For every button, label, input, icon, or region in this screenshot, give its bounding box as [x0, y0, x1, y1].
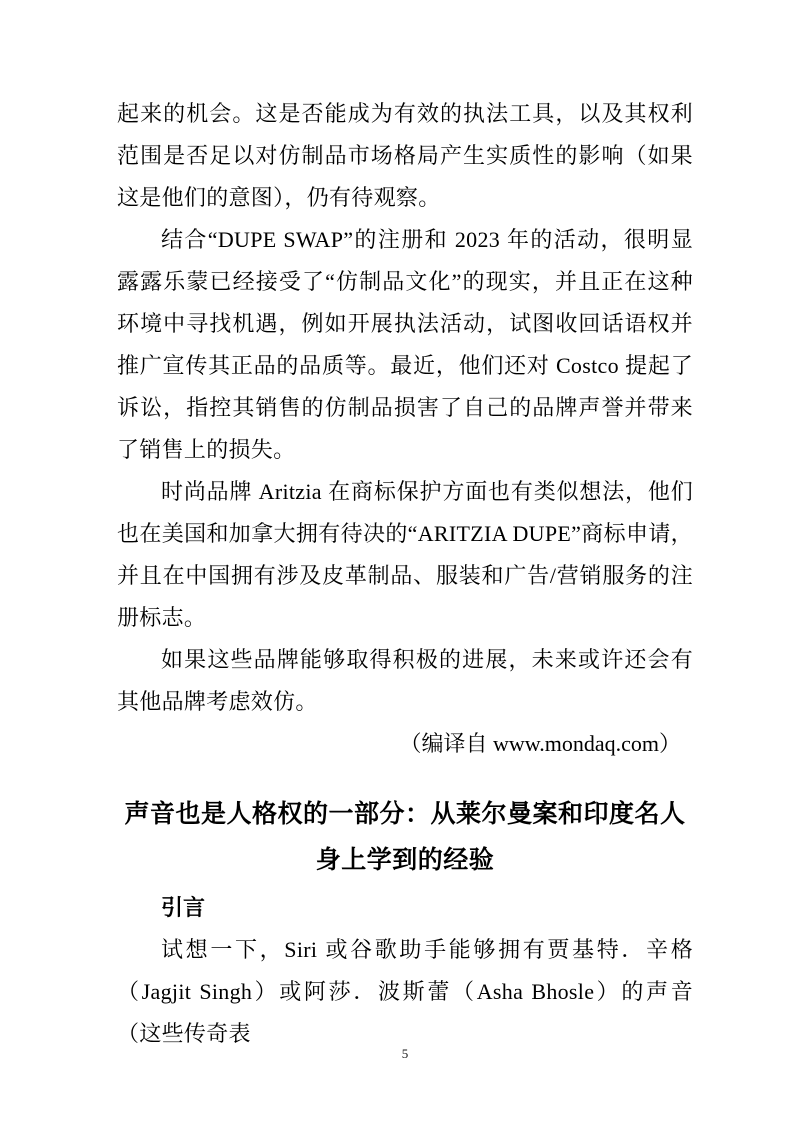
document-page: 起来的机会。这是否能成为有效的执法工具，以及其权利范围是否足以对仿制品市场格局产…: [0, 0, 793, 1122]
paragraph-dupe-swap: 结合“DUPE SWAP”的注册和 2023 年的活动，很明显露露乐蒙已经接受了…: [117, 219, 693, 471]
paragraph-outlook: 如果这些品牌能够取得积极的进展，未来或许还会有其他品牌考虑效仿。: [117, 639, 693, 723]
source-attribution: （编译自 www.mondaq.com）: [117, 723, 693, 765]
paragraph-continuation: 起来的机会。这是否能成为有效的执法工具，以及其权利范围是否足以对仿制品市场格局产…: [117, 93, 693, 219]
paragraph-aritzia: 时尚品牌 Aritzia 在商标保护方面也有类似想法，他们也在美国和加拿大拥有待…: [117, 471, 693, 639]
section-heading-introduction: 引言: [117, 887, 693, 929]
text-block: 起来的机会。这是否能成为有效的执法工具，以及其权利范围是否足以对仿制品市场格局产…: [117, 93, 693, 1055]
paragraph-voice-intro: 试想一下，Siri 或谷歌助手能够拥有贾基特．辛格（Jagjit Singh）或…: [117, 929, 693, 1055]
page-number: 5: [117, 1045, 693, 1063]
article-title: 声音也是人格权的一部分：从莱尔曼案和印度名人身上学到的经验: [117, 791, 693, 883]
